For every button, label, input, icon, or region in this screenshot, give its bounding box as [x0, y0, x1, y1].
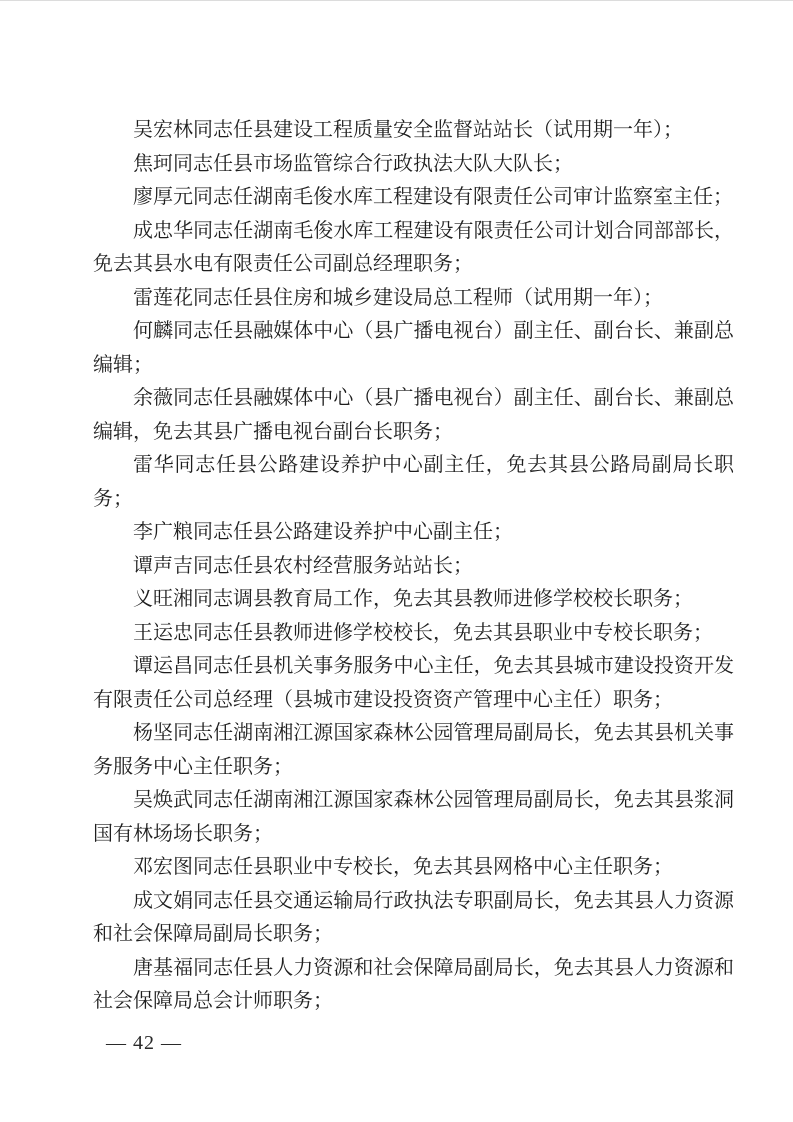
- page-top-edge: [0, 0, 793, 1]
- appointment-paragraph: 焦珂同志任县市场监管综合行政执法大队大队长；: [93, 148, 734, 182]
- appointment-paragraph: 李广粮同志任县公路建设养护中心副主任；: [93, 516, 734, 550]
- appointment-paragraph: 吴焕武同志任湖南湘江源国家森林公园管理局副局长，免去其县浆洞国有林场场长职务；: [93, 784, 734, 851]
- page-number: — 42 —: [106, 1032, 182, 1054]
- appointment-paragraph: 义旺湘同志调县教育局工作，免去其县教师进修学校校长职务；: [93, 583, 734, 617]
- appointment-paragraph: 成忠华同志任湖南毛俊水库工程建设有限责任公司计划合同部部长，免去其县水电有限责任…: [93, 215, 734, 282]
- appointment-paragraph: 邓宏图同志任县职业中专校长，免去其县网格中心主任职务；: [93, 851, 734, 885]
- document-body: 吴宏林同志任县建设工程质量安全监督站站长（试用期一年）； 焦珂同志任县市场监管综…: [93, 114, 734, 1019]
- appointment-paragraph: 雷莲花同志任县住房和城乡建设局总工程师（试用期一年）；: [93, 282, 734, 316]
- document-page: 吴宏林同志任县建设工程质量安全监督站站长（试用期一年）； 焦珂同志任县市场监管综…: [0, 0, 793, 1122]
- appointment-paragraph: 余薇同志任县融媒体中心（县广播电视台）副主任、副台长、兼副总编辑，免去其县广播电…: [93, 382, 734, 449]
- appointment-paragraph: 谭声吉同志任县农村经营服务站站长；: [93, 550, 734, 584]
- appointment-paragraph: 吴宏林同志任县建设工程质量安全监督站站长（试用期一年）；: [93, 114, 734, 148]
- appointment-paragraph: 唐基福同志任县人力资源和社会保障局副局长，免去其县人力资源和社会保障局总会计师职…: [93, 952, 734, 1019]
- appointment-paragraph: 谭运昌同志任县机关事务服务中心主任，免去其县城市建设投资开发有限责任公司总经理（…: [93, 650, 734, 717]
- appointment-paragraph: 成文娟同志任县交通运输局行政执法专职副局长，免去其县人力资源和社会保障局副局长职…: [93, 885, 734, 952]
- appointment-paragraph: 杨坚同志任湖南湘江源国家森林公园管理局副局长，免去其县机关事务服务中心主任职务；: [93, 717, 734, 784]
- appointment-paragraph: 雷华同志任县公路建设养护中心副主任，免去其县公路局副局长职务；: [93, 449, 734, 516]
- appointment-paragraph: 王运忠同志任县教师进修学校校长，免去其县职业中专校长职务；: [93, 617, 734, 651]
- appointment-paragraph: 何麟同志任县融媒体中心（县广播电视台）副主任、副台长、兼副总编辑；: [93, 315, 734, 382]
- appointment-paragraph: 廖厚元同志任湖南毛俊水库工程建设有限责任公司审计监察室主任；: [93, 181, 734, 215]
